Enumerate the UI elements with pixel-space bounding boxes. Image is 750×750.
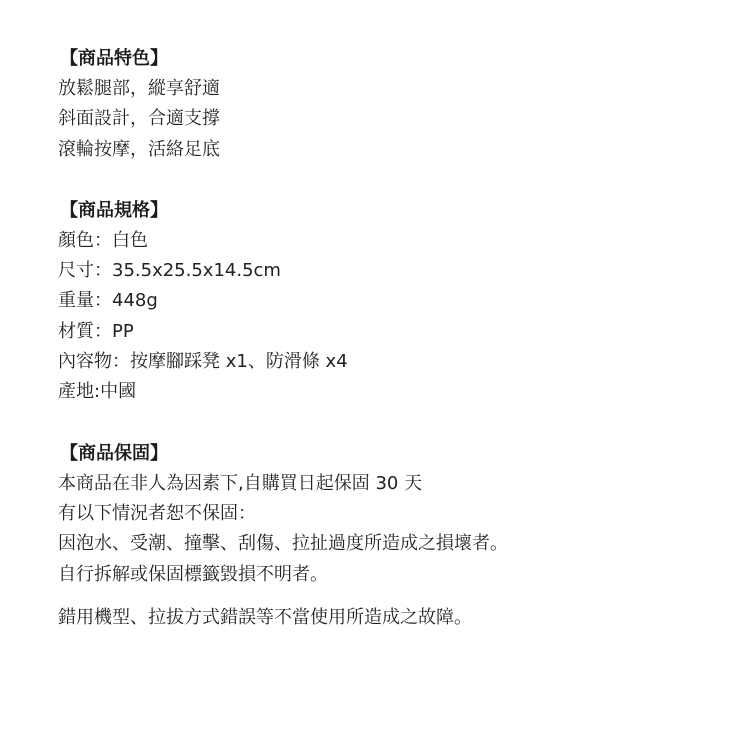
feature-line: 滾輪按摩，活絡足底 xyxy=(58,135,738,165)
specs-heading: 【商品規格】 xyxy=(60,196,738,226)
spacer xyxy=(58,165,738,196)
spec-material: 材質：PP xyxy=(58,317,738,347)
spec-contents: 內容物：按摩腳踩凳 x1、防滑條 x4 xyxy=(58,347,738,377)
warranty-line: 自行拆解或保固標籤毀損不明者。 xyxy=(58,560,738,590)
spacer xyxy=(58,408,738,439)
footer-note: 錯用機型、拉拔方式錯誤等不當使用所造成之故障。 xyxy=(58,603,738,633)
spec-origin: 產地:中國 xyxy=(58,377,738,407)
section-specs: 【商品規格】 顏色：白色 尺寸：35.5x25.5x14.5cm 重量：448g… xyxy=(58,196,738,408)
warranty-heading: 【商品保固】 xyxy=(60,439,738,469)
spec-weight: 重量：448g xyxy=(58,286,738,316)
spec-color: 顏色：白色 xyxy=(58,226,738,256)
warranty-line: 因泡水、受潮、撞擊、刮傷、拉扯過度所造成之損壞者。 xyxy=(58,529,738,559)
section-warranty: 【商品保固】 本商品在非人為因素下,自購買日起保固 30 天 有以下情況者恕不保… xyxy=(58,439,738,590)
features-heading: 【商品特色】 xyxy=(60,44,738,74)
section-features: 【商品特色】 放鬆腿部，縱享舒適 斜面設計，合適支撐 滾輪按摩，活絡足底 xyxy=(58,44,738,165)
warranty-line: 有以下情況者恕不保固： xyxy=(58,499,738,529)
spacer xyxy=(58,590,738,603)
product-description: 【商品特色】 放鬆腿部，縱享舒適 斜面設計，合適支撐 滾輪按摩，活絡足底 【商品… xyxy=(58,44,738,633)
spec-size: 尺寸：35.5x25.5x14.5cm xyxy=(58,256,738,286)
feature-line: 斜面設計，合適支撐 xyxy=(58,104,738,134)
feature-line: 放鬆腿部，縱享舒適 xyxy=(58,74,738,104)
warranty-line: 本商品在非人為因素下,自購買日起保固 30 天 xyxy=(58,469,738,499)
